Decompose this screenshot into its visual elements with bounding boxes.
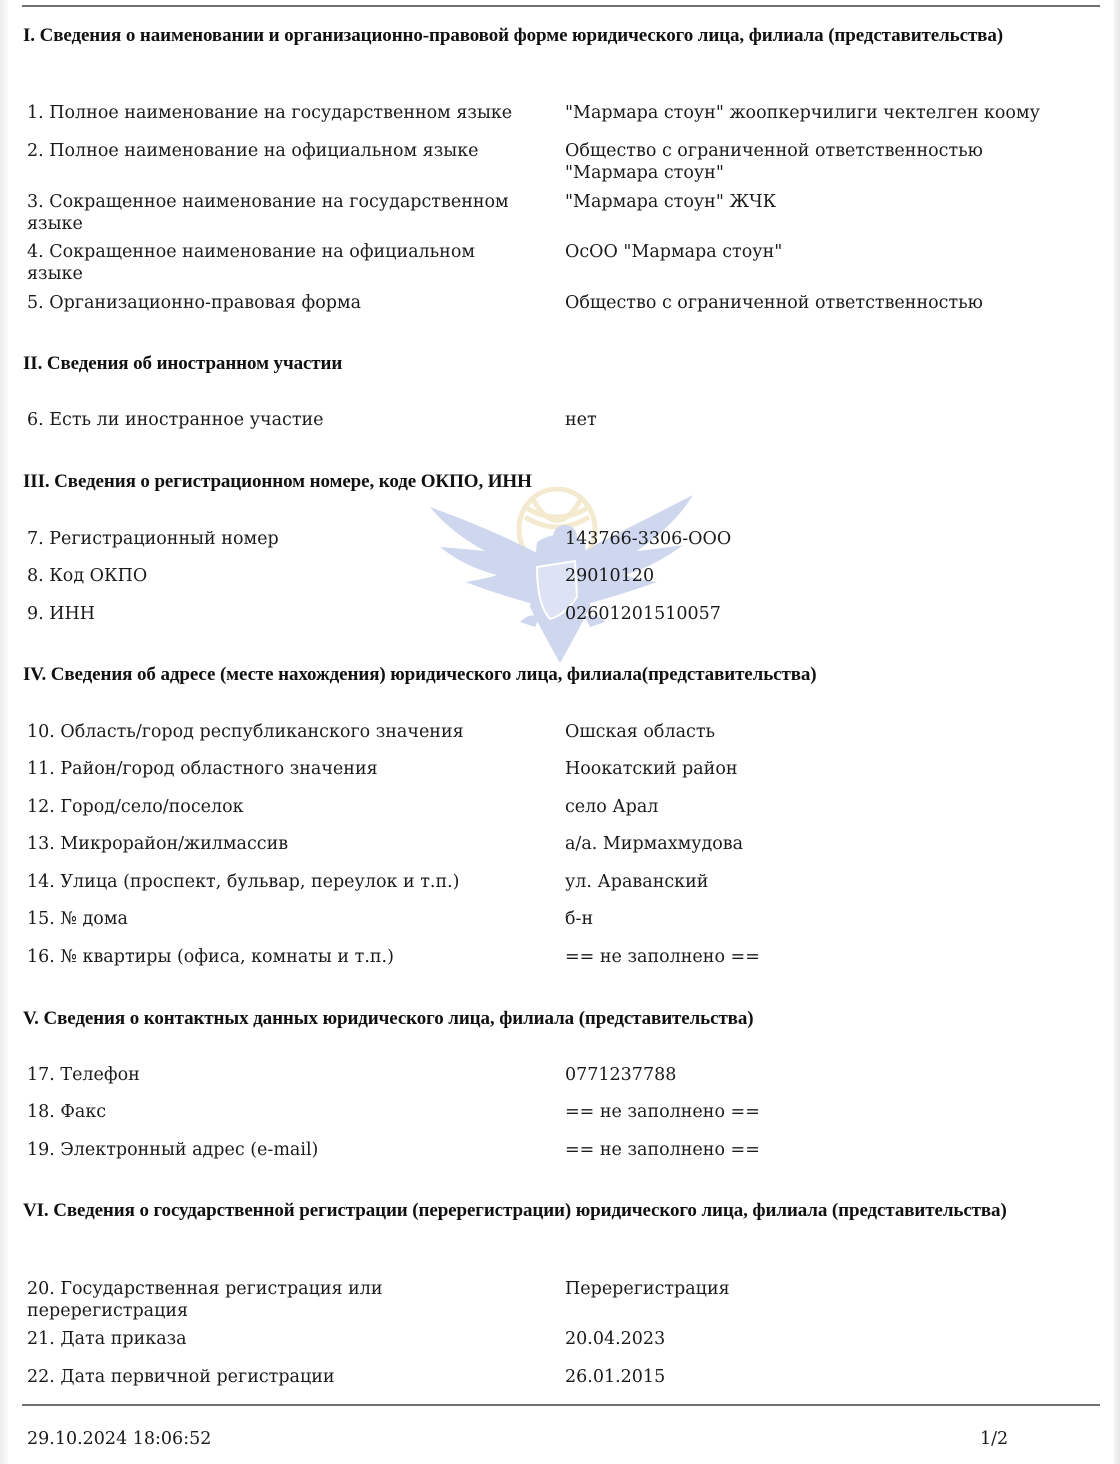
field-value: 29010120 <box>565 565 1085 587</box>
field-value: ОсОО "Мармара стоун" <box>565 241 1085 263</box>
section-title: IV. Сведения об адресе (месте нахождения… <box>23 664 1023 686</box>
field-value: "Мармара стоун" ЖЧК <box>565 191 1085 213</box>
field-value: а/а. Мирмахмудова <box>565 833 1085 855</box>
field-label: 8. Код ОКПО <box>27 565 552 587</box>
field-label: 20. Государственная регистрация или пере… <box>27 1278 447 1322</box>
field-label: 13. Микрорайон/жилмассив <box>27 833 552 855</box>
field-value: 02601201510057 <box>565 603 1085 625</box>
print-timestamp: 29.10.2024 18:06:52 <box>27 1428 211 1450</box>
field-label: 2. Полное наименование на официальном яз… <box>27 140 552 162</box>
section-title: I. Сведения о наименовании и организацио… <box>23 25 1023 47</box>
field-label: 6. Есть ли иностранное участие <box>27 409 552 431</box>
page-edge-right <box>1114 0 1120 1464</box>
field-label: 10. Область/город республиканского значе… <box>27 721 552 743</box>
page-number: 1/2 <box>980 1428 1008 1450</box>
field-value: == не заполнено == <box>565 1101 1085 1123</box>
section-title: III. Сведения о регистрационном номере, … <box>23 471 1023 493</box>
field-label: 14. Улица (проспект, бульвар, переулок и… <box>27 871 552 893</box>
field-label: 12. Город/село/поселок <box>27 796 552 818</box>
header-divider <box>22 5 1100 7</box>
field-value: == не заполнено == <box>565 1139 1085 1161</box>
field-label: 22. Дата первичной регистрации <box>27 1366 552 1388</box>
field-label: 17. Телефон <box>27 1064 552 1086</box>
page-edge-left <box>0 0 8 1464</box>
field-value: == не заполнено == <box>565 946 1085 968</box>
field-label: 11. Район/город областного значения <box>27 758 552 780</box>
field-label: 5. Организационно-правовая форма <box>27 292 552 314</box>
section-title: II. Сведения об иностранном участии <box>23 353 1023 375</box>
field-label: 9. ИНН <box>27 603 552 625</box>
field-value: Перерегистрация <box>565 1278 1085 1300</box>
field-label: 7. Регистрационный номер <box>27 528 552 550</box>
field-label: 16. № квартиры (офиса, комнаты и т.п.) <box>27 946 552 968</box>
section-title: VI. Сведения о государственной регистрац… <box>23 1200 1023 1222</box>
field-value: Общество с ограниченной ответственностью… <box>565 140 1035 184</box>
section-title: V. Сведения о контактных данных юридичес… <box>23 1008 1023 1030</box>
field-value: "Мармара стоун" жоопкерчилиги чектелген … <box>565 102 1085 124</box>
field-value: 0771237788 <box>565 1064 1085 1086</box>
field-value: Ноокатский район <box>565 758 1085 780</box>
field-value: 26.01.2015 <box>565 1366 1085 1388</box>
footer-divider <box>22 1404 1100 1406</box>
field-value: Общество с ограниченной ответственностью <box>565 292 1085 314</box>
field-label: 19. Электронный адрес (e-mail) <box>27 1139 552 1161</box>
field-label: 3. Сокращенное наименование на государст… <box>27 191 547 235</box>
field-value: Ошская область <box>565 721 1085 743</box>
field-label: 4. Сокращенное наименование на официальн… <box>27 241 517 285</box>
field-value: 143766-3306-ООО <box>565 528 1085 550</box>
field-label: 21. Дата приказа <box>27 1328 552 1350</box>
field-label: 1. Полное наименование на государственно… <box>27 102 552 124</box>
field-value: село Арал <box>565 796 1085 818</box>
field-value: 20.04.2023 <box>565 1328 1085 1350</box>
field-value: ул. Араванский <box>565 871 1085 893</box>
field-value: б-н <box>565 908 1085 930</box>
field-label: 18. Факс <box>27 1101 552 1123</box>
field-label: 15. № дома <box>27 908 552 930</box>
field-value: нет <box>565 409 1085 431</box>
